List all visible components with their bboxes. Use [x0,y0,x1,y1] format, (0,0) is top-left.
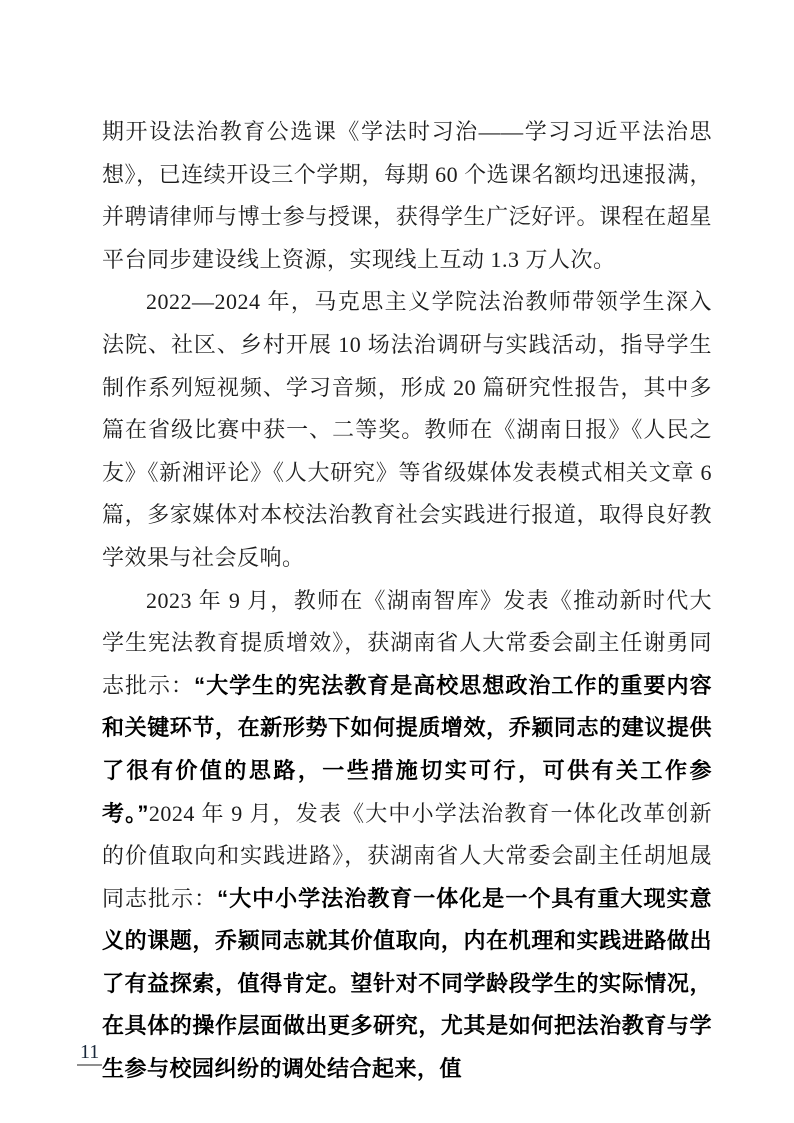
text-segment: 期开设法治教育公选课《学法时习治——学习习近平法治思想》，已连续开设三个学期，每… [102,119,712,272]
text-segment-endorsement-quote: “大中小学法治教育一体化是一个具有重大现实意义的课题，乔颖同志就其价值取向，内在… [102,886,712,1081]
paragraph-publications-endorsements: 2023 年 9 月，教师在《湖南智库》发表《推动新时代大学生宪法教育提质增效》… [102,580,712,1091]
text-segment: 2022—2024 年，马克思主义学院法治教师带领学生深入法院、社区、乡村开展 … [102,289,712,570]
paragraph-practice-activities: 2022—2024 年，马克思主义学院法治教师带领学生深入法院、社区、乡村开展 … [102,281,712,579]
document-body: 期开设法治教育公选课《学法时习治——学习习近平法治思想》，已连续开设三个学期，每… [102,111,712,1091]
paragraph-course-intro: 期开设法治教育公选课《学法时习治——学习习近平法治思想》，已连续开设三个学期，每… [102,111,712,281]
page-number: 11 [77,1041,102,1066]
page-footer: 11 [77,1041,102,1066]
document-page: 期开设法治教育公选课《学法时习治——学习习近平法治思想》，已连续开设三个学期，每… [0,0,794,1123]
